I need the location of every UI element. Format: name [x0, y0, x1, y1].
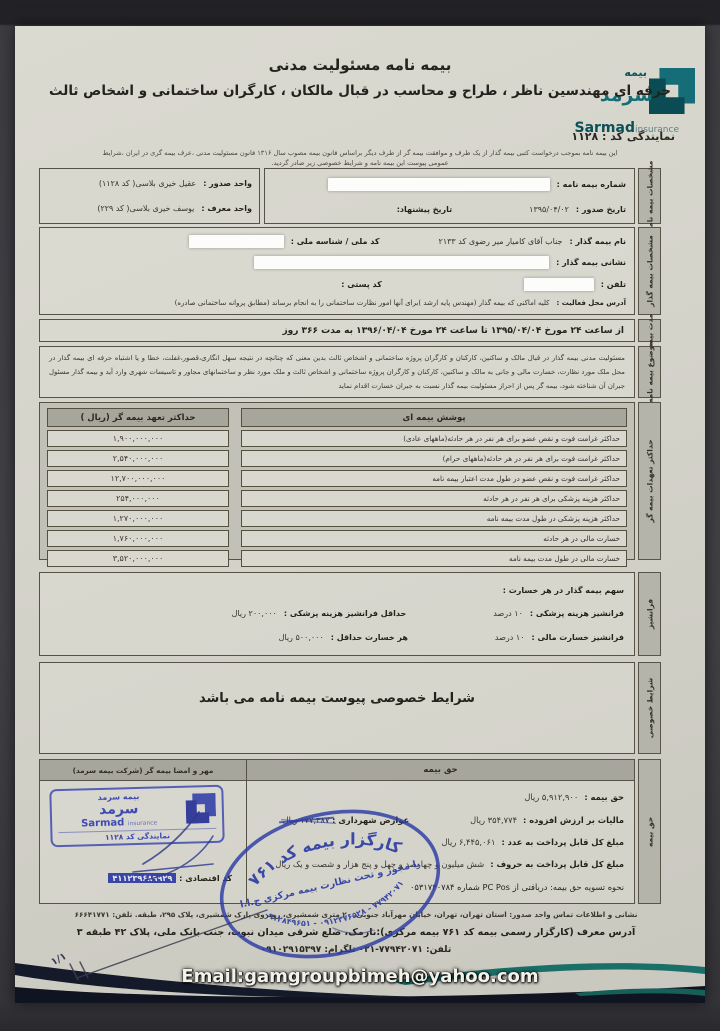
issue-date-label: تاریخ صدور :	[576, 205, 626, 214]
coverage-col-header: پوشش بیمه ای	[241, 408, 627, 427]
insured-name-value: جناب آقای کامیار میر رضوی کد ۲۱۳۳	[439, 237, 563, 246]
proposal-date-label: تاریخ پیشنهاد:	[397, 205, 452, 214]
municipal-duty-value: ۱۷۷,۳۸۷ ریال	[283, 815, 330, 825]
section-special-conditions: شرایط خصوصی شرایط خصوصی پیوست بیمه نامه …	[39, 662, 661, 754]
issue-unit-label: واحد صدور :	[203, 179, 252, 188]
tab-franchise: فرانشیز	[638, 572, 661, 656]
financial-franchise-label: فرانشیز خسارت مالی :	[531, 633, 624, 642]
coverage-row: حداکثر هزینه پزشکی در طول مدت بیمه نامه۱…	[47, 510, 627, 527]
policy-number-label: شماره بیمه نامه :	[557, 180, 626, 189]
policy-number-redacted	[328, 178, 550, 191]
insured-phone-redacted	[524, 278, 594, 291]
insurer-stamp-area: بیمه سرمد سرمد Sarmad insurance نمایندگی…	[40, 781, 246, 903]
email-address: Email:gamgroupbimeh@yahoo.com	[15, 966, 705, 987]
issuer-contact-line: نشانی و اطلاعات تماس واحد صدور: استان ته…	[27, 910, 685, 919]
section-coverage: حداکثر تعهدات بیمه گر پوشش بیمه ای حداکث…	[39, 402, 661, 560]
insured-address-redacted	[254, 256, 549, 269]
coverage-header-row: پوشش بیمه ای حداکثر تعهد بیمه گر (ریال )	[47, 408, 627, 427]
national-id-label: کد ملی / شناسه ملی :	[291, 237, 380, 246]
tab-premium: حق بیمه	[638, 759, 661, 904]
footer-band: Email:gamgroupbimeh@yahoo.com	[15, 957, 705, 1003]
tab-policy-info: مشخصات بیمه نامه	[638, 168, 661, 224]
franchise-title: سهم بیمه گذار در هر خسارت :	[503, 586, 624, 595]
agency-code: نمایندگی کد : ۱۱۲۸	[571, 130, 675, 143]
insured-phone-label: تلفن :	[601, 280, 626, 289]
duration-text: از ساعت ۲۴ مورخ ۱۳۹۵/۰۴/۰۴ تا ساعت ۲۴ مو…	[282, 326, 624, 336]
stamp-agency-code: نمایندگی کد ۱۱۲۸	[58, 828, 216, 843]
intro-note-line2: عمومی پیوست این بیمه نامه و شرایط خصوصی …	[40, 159, 680, 167]
premium-header: حق بیمه	[246, 760, 634, 780]
insured-name-label: نام بیمه گذار :	[569, 237, 626, 246]
coverage-row: حداکثر غرامت فوت و نقص عضو برای هر نفر د…	[47, 430, 627, 447]
issue-unit-value: عقیل خیری بلاسی( کد ۱۱۲۸)	[99, 179, 196, 188]
postal-code-label: کد پستی :	[341, 280, 382, 289]
broker-address-line: آدرس معرف (کارگزار رسمی بیمه کد ۷۶۱ بیمه…	[27, 927, 685, 938]
section-premium: حق بیمه مهر و امضا بیمه گر (شرکت بیمه سر…	[39, 759, 661, 904]
section-insured: مشخصات بیمه گذار نام بیمه گذار :جناب آقا…	[39, 227, 661, 315]
tab-coverage: حداکثر تعهدات بیمه گر	[638, 402, 661, 560]
tab-duration: مدت بیمه	[638, 319, 661, 342]
premium-amount-value: ۵,۹۱۲,۹۰۰ ریال	[524, 792, 578, 802]
coverage-row: حداکثر هزینه پزشکی برای هر نفر در هر حاد…	[47, 490, 627, 507]
premium-amount-label: حق بیمه :	[584, 792, 624, 802]
page-subtitle: حرفه ای مهندسین ناظر ، طراح و محاسب در ق…	[15, 83, 705, 99]
activity-address-value: کلیه اماکنی که بیمه گذار (مهندس پایه ارش…	[175, 299, 550, 307]
sarmad-stamp-logo-icon	[185, 793, 216, 824]
total-words-label: مبلغ کل قابل پرداخت به حروف :	[490, 859, 624, 869]
insured-address-label: نشانی بیمه گذار :	[556, 258, 626, 267]
section-policy-info: مشخصات بیمه نامه شماره بیمه نامه : تاریخ…	[39, 168, 661, 224]
coverage-row: خسارت مالی در طول مدت بیمه نامه۳,۵۲۰,۰۰۰…	[47, 550, 627, 567]
municipal-duty-label: عوارض شهرداری :	[332, 815, 409, 825]
section-subject: موضوع بیمه نامه مسئولیت مدنی بیمه گذار د…	[39, 346, 661, 398]
section-duration: مدت بیمه از ساعت ۲۴ مورخ ۱۳۹۵/۰۴/۰۴ تا س…	[39, 319, 661, 342]
limit-col-header: حداکثر تعهد بیمه گر (ریال )	[47, 408, 229, 427]
national-id-redacted	[189, 235, 284, 248]
page-title: بیمه نامه مسئولیت مدنی	[15, 56, 705, 74]
subject-text: مسئولیت مدنی بیمه گذار در قبال مالک و سا…	[39, 346, 635, 398]
settlement-line: نحوه تسویه حق بیمه: دریافتی از PC Pos شم…	[410, 882, 624, 892]
economic-code: کد اقتصادی : ۴۱۱۲۳۹۶۸۹۹۲۹	[108, 873, 232, 883]
broker-phones-line: تلفن: ۷۷۹۴۲۰۷۱-۰۲۱ تلگرام: ۰۹۱۰۲۹۱۵۳۹۷	[27, 945, 685, 955]
sarmad-stamp: بیمه سرمد سرمد Sarmad insurance نمایندگی…	[49, 785, 224, 848]
referrer-unit-label: واحد معرف :	[201, 204, 252, 213]
insurance-document-page: بیمه سرمد Sarmadinsurance بیمه نامه مسئو…	[15, 26, 705, 1003]
medical-franchise-min-label: حداقل فرانشیز هزینه پزشکی :	[284, 609, 406, 618]
photo-background: بیمه سرمد Sarmadinsurance بیمه نامه مسئو…	[0, 0, 720, 1031]
total-digits-label: مبلغ کل قابل پرداخت به عدد :	[501, 837, 624, 847]
financial-franchise-min-label: هر خسارت حداقل :	[331, 633, 408, 642]
referrer-unit-value: یوسف خیری بلاسی( کد ۲۲۹)	[97, 204, 194, 213]
special-conditions-text: شرایط خصوصی پیوست بیمه نامه می باشد	[39, 662, 635, 754]
intro-note-line1: این بیمه نامه بموجب درخواست کتبی بیمه گذ…	[40, 149, 680, 157]
activity-address-label: آدرس محل فعالیت :	[557, 299, 626, 307]
insurer-stamp-header: مهر و امضا بیمه گر (شرکت بیمه سرمد)	[40, 760, 246, 780]
coverage-row: حداکثر غرامت فوت و نقص عضو در طول مدت اع…	[47, 470, 627, 487]
tab-subject: موضوع بیمه نامه	[638, 346, 661, 398]
section-franchise: فرانشیز سهم بیمه گذار در هر خسارت : فران…	[39, 572, 661, 656]
vat-label: مالیات بر ارزش افزوده :	[523, 815, 624, 825]
issue-date-value: ۱۳۹۵/۰۴/۰۲	[529, 205, 569, 214]
medical-franchise-label: فرانشیز هزینه پزشکی :	[530, 609, 624, 618]
tab-special-conditions: شرایط خصوصی	[638, 662, 661, 754]
coverage-row: خسارت مالی در هر حادثه۱,۷۶۰,۰۰۰,۰۰۰	[47, 530, 627, 547]
tab-insured: مشخصات بیمه گذار	[638, 227, 661, 315]
coverage-row: حداکثر غرامت فوت برای هر نفر در هر حادثه…	[47, 450, 627, 467]
